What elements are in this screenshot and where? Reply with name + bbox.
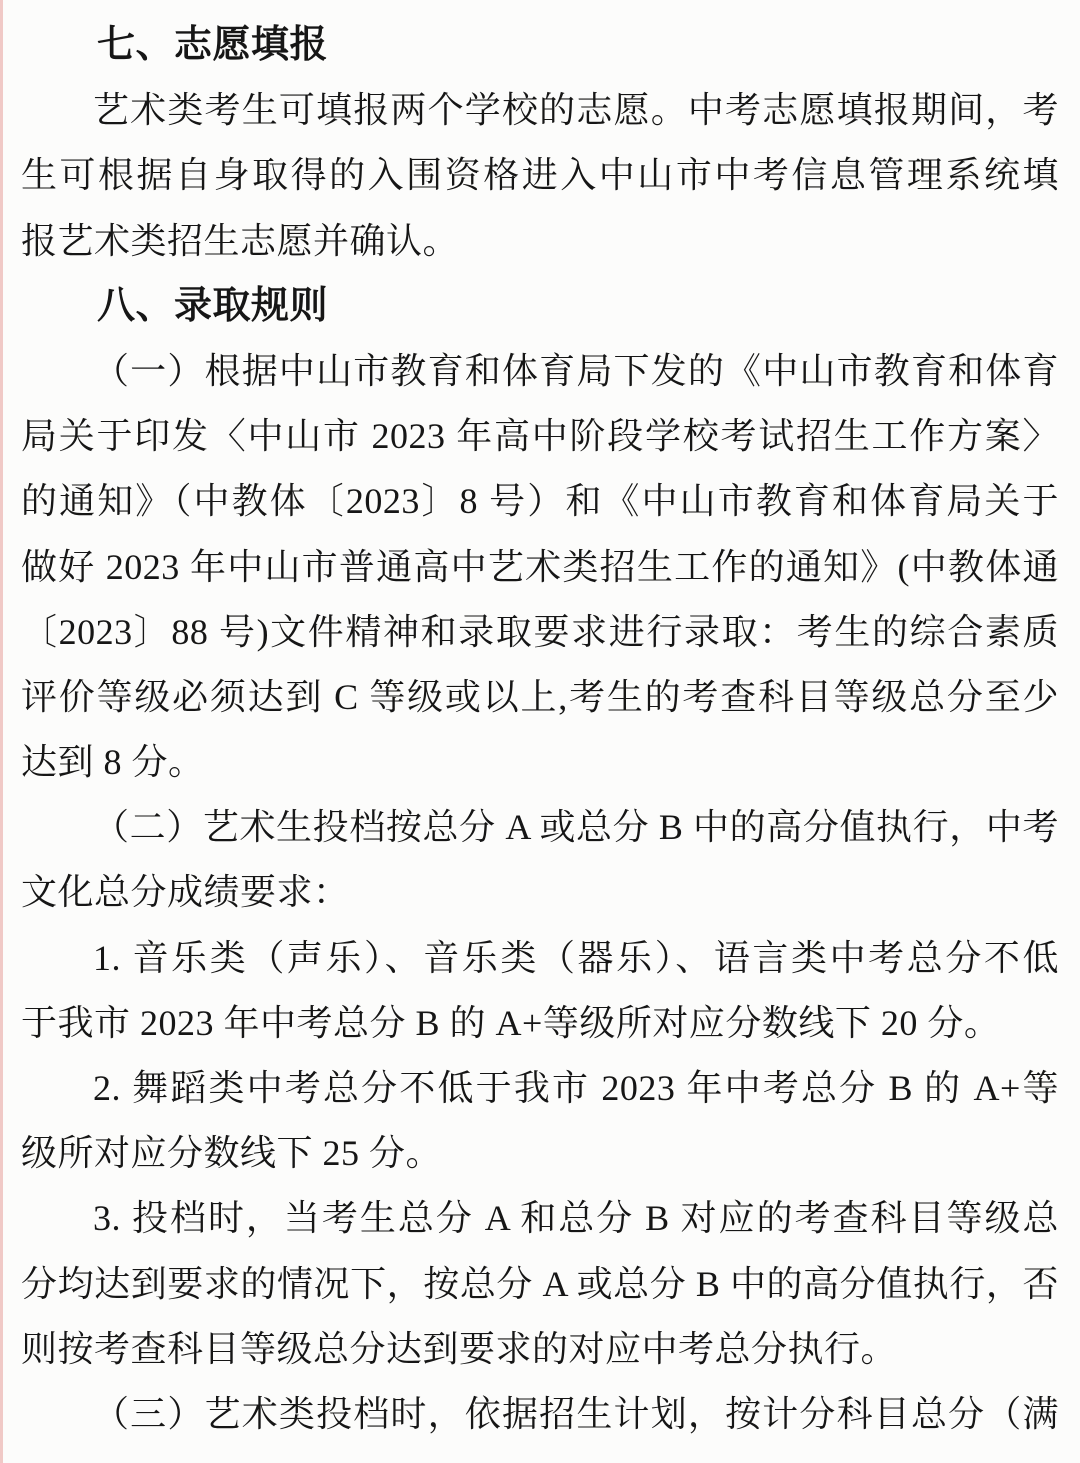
- document-page: 七、志愿填报 艺术类考生可填报两个学校的志愿。中考志愿填报期间，考 生可根据自身…: [0, 0, 1080, 1463]
- text-line: 达到 8 分。: [21, 730, 1059, 795]
- document-content: 七、志愿填报 艺术类考生可填报两个学校的志愿。中考志愿填报期间，考 生可根据自身…: [0, 0, 1080, 1447]
- text-line: 〔2023〕88 号)文件精神和录取要求进行录取：考生的综合素质: [21, 600, 1059, 665]
- text-line: 生可根据自身取得的入围资格进入中山市中考信息管理系统填: [21, 143, 1059, 208]
- text-line: 文化总分成绩要求：: [21, 860, 1059, 925]
- text-line: 局关于印发〈中山市 2023 年高中阶段学校考试招生工作方案〉: [21, 404, 1059, 469]
- section-heading-7: 七、志愿填报: [21, 13, 1059, 78]
- list-item-2-line: 2. 舞蹈类中考总分不低于我市 2023 年中考总分 B 的 A+等: [21, 1056, 1059, 1121]
- list-item-3-line: 3. 投档时，当考生总分 A 和总分 B 对应的考查科目等级总: [21, 1186, 1059, 1251]
- text-line: （一）根据中山市教育和体育局下发的《中山市教育和体育: [21, 339, 1059, 404]
- text-line: （三）艺术类投档时，依据招生计划，按计分科目总分（满: [21, 1382, 1059, 1447]
- list-item-1-line: 1. 音乐类（声乐）、音乐类（器乐）、语言类中考总分不低: [21, 926, 1059, 991]
- text-line: （二）艺术生投档按总分 A 或总分 B 中的高分值执行，中考: [21, 795, 1059, 860]
- text-line: 评价等级必须达到 C 等级或以上,考生的考查科目等级总分至少: [21, 665, 1059, 730]
- text-line: 艺术类考生可填报两个学校的志愿。中考志愿填报期间，考: [21, 78, 1059, 143]
- text-line: 报艺术类招生志愿并确认。: [21, 209, 1059, 274]
- list-item-3-line: 分均达到要求的情况下，按总分 A 或总分 B 中的高分值执行，否: [21, 1252, 1059, 1317]
- text-line: 的通知》（中教体〔2023〕8 号）和《中山市教育和体育局关于: [21, 469, 1059, 534]
- list-item-2-line: 级所对应分数线下 25 分。: [21, 1121, 1059, 1186]
- section-heading-8: 八、录取规则: [21, 274, 1059, 339]
- text-line: 做好 2023 年中山市普通高中艺术类招生工作的通知》(中教体通: [21, 535, 1059, 600]
- list-item-3-line: 则按考查科目等级总分达到要求的对应中考总分执行。: [21, 1317, 1059, 1382]
- list-item-1-line: 于我市 2023 年中考总分 B 的 A+等级所对应分数线下 20 分。: [21, 991, 1059, 1056]
